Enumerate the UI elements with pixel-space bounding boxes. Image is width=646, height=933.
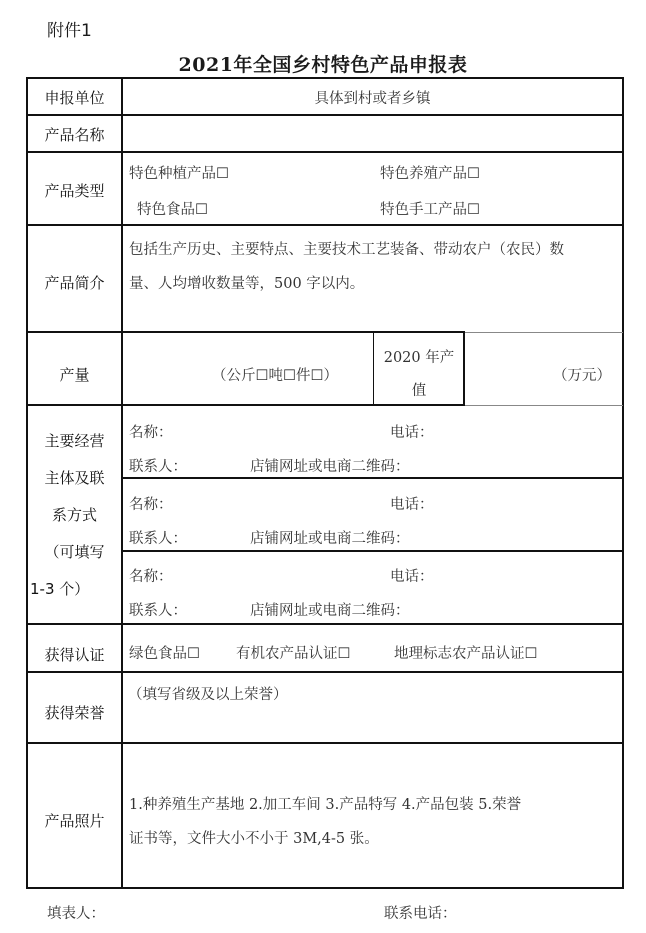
output-value-label-line2: 值 [375, 379, 463, 400]
operator-name-label: 名称： [129, 565, 173, 586]
table-border-top [26, 77, 624, 79]
row-divider [26, 742, 624, 744]
table-border-bottom [26, 887, 624, 889]
attachment-label: 附件1 [47, 16, 92, 41]
operator-shop-label: 店铺网址或电商二维码： [250, 527, 410, 548]
row-divider [373, 331, 465, 333]
operator-entry-divider [121, 477, 624, 479]
label-product-type: 产品类型 [27, 180, 122, 201]
filler-label: 填表人： [47, 902, 105, 923]
operator-phone-label: 电话： [390, 493, 434, 514]
table-border-right [622, 77, 624, 889]
row-divider [26, 404, 465, 406]
row-divider [26, 151, 624, 153]
type-option-handicraft[interactable]: 特色手工产品☐ [380, 198, 480, 219]
output-unit-options[interactable]: （公斤☐吨☐件☐） [212, 364, 338, 385]
row-divider [26, 671, 624, 673]
intro-hint-line1: 包括生产历史、主要特点、主要技术工艺装备、带动农户（农民）数 [129, 238, 564, 259]
operator-phone-label: 电话： [390, 565, 434, 586]
honors-hint: （填写省级及以上荣誉） [128, 683, 288, 704]
type-option-food[interactable]: 特色食品☐ [137, 198, 208, 219]
label-photos: 产品照片 [27, 810, 122, 831]
label-operators-line3: 系方式 [27, 504, 122, 525]
product-name-field[interactable] [123, 116, 622, 150]
row-divider [26, 331, 375, 333]
cert-option-green-food[interactable]: 绿色食品☐ [129, 642, 200, 663]
operator-contact-label: 联系人： [129, 527, 187, 548]
output-cell-divider [373, 332, 374, 405]
type-option-breeding[interactable]: 特色养殖产品☐ [380, 162, 480, 183]
contact-phone-label: 联系电话： [384, 902, 457, 923]
operator-shop-label: 店铺网址或电商二维码： [250, 599, 410, 620]
label-honors: 获得荣誉 [27, 702, 122, 723]
operator-name-label: 名称： [129, 493, 173, 514]
row-divider-thin [465, 332, 623, 333]
row-divider [26, 623, 624, 625]
output-cell-divider [463, 331, 465, 406]
label-product-name: 产品名称 [27, 124, 122, 145]
output-value-label-line1: 2020 年产 [375, 346, 463, 367]
row-divider [26, 224, 624, 226]
label-certification: 获得认证 [27, 644, 122, 665]
operator-shop-label: 店铺网址或电商二维码： [250, 455, 410, 476]
row-divider-thin [465, 405, 623, 406]
unit-field[interactable]: 具体到村或者乡镇 [123, 87, 622, 108]
label-output: 产量 [27, 364, 122, 385]
label-unit: 申报单位 [27, 87, 122, 108]
label-operators-line5: 1-3 个） [30, 578, 125, 599]
photos-hint-line1: 1.种养殖生产基地 2.加工车间 3.产品特写 4.产品包装 5.荣誉 [129, 793, 521, 814]
cert-option-geographic[interactable]: 地理标志农产品认证☐ [394, 642, 538, 663]
photos-hint-line2: 证书等，文件大小不小于 3M,4-5 张。 [129, 827, 379, 848]
label-operators-line2: 主体及联 [27, 467, 122, 488]
cert-option-organic[interactable]: 有机农产品认证☐ [236, 642, 351, 663]
intro-hint-line2: 量、人均增收数量等，500 字以内。 [129, 272, 364, 293]
type-option-planting[interactable]: 特色种植产品☐ [129, 162, 229, 183]
operator-entry-divider [121, 550, 624, 552]
label-operators-line1: 主要经营 [27, 430, 122, 451]
operator-contact-label: 联系人： [129, 455, 187, 476]
operator-name-label: 名称： [129, 421, 173, 442]
output-value-unit: （万元） [553, 364, 611, 385]
operator-phone-label: 电话： [390, 421, 434, 442]
page-title: 2021年全国乡村特色产品申报表 [0, 50, 646, 77]
operator-contact-label: 联系人： [129, 599, 187, 620]
label-operators-line4: （可填写 [27, 541, 122, 562]
label-product-intro: 产品简介 [27, 272, 122, 293]
